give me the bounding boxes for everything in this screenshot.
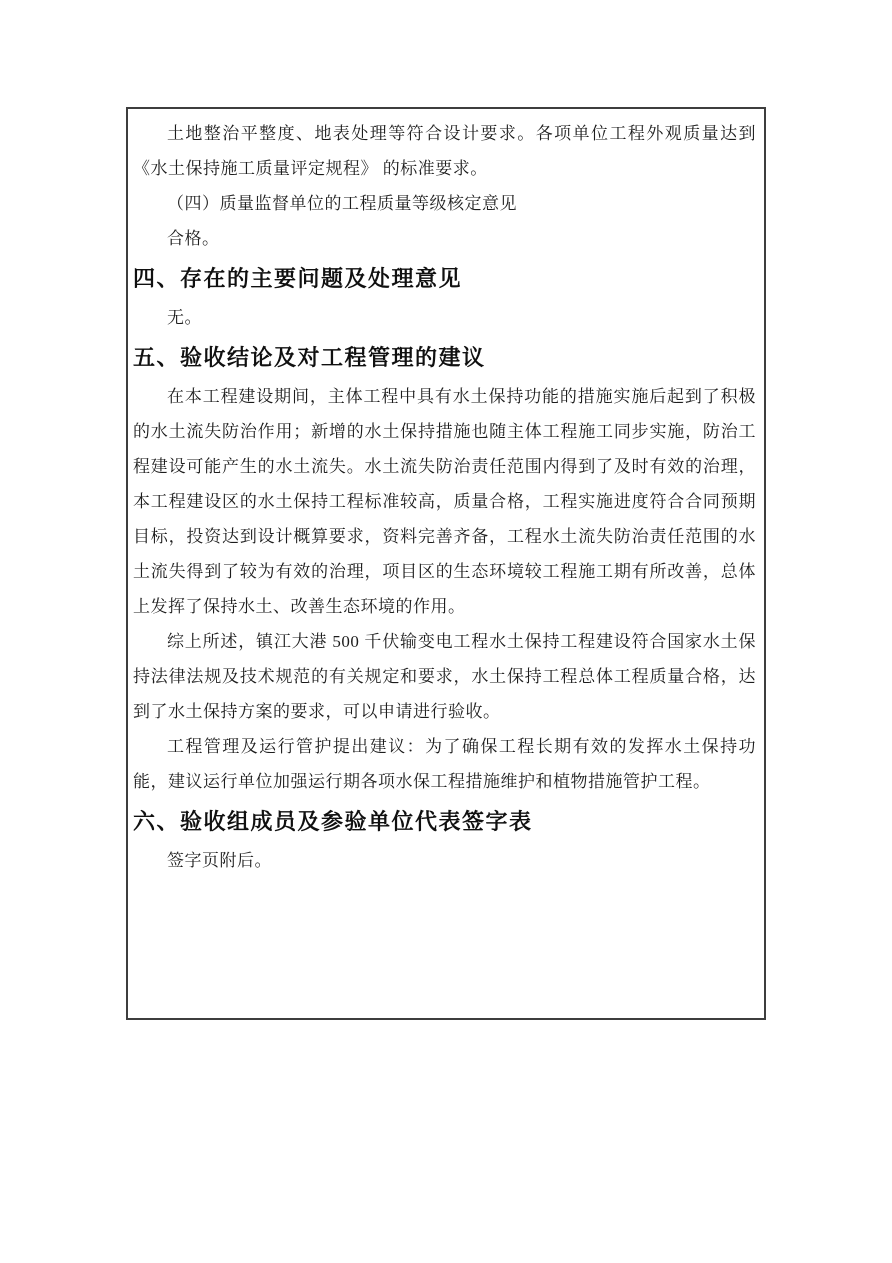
heading-section-5-acceptance-conclusion: 五、验收结论及对工程管理的建议 [133, 342, 756, 374]
para-management-suggestion: 工程管理及运行管护提出建议：为了确保工程长期有效的发挥水土保持功能，建议运行单位… [133, 729, 756, 799]
heading-section-4-problems-and-handling: 四、存在的主要问题及处理意见 [133, 263, 756, 295]
heading-section-6-signature-table: 六、验收组成员及参验单位代表签字表 [133, 806, 756, 838]
para-qualified: 合格。 [133, 221, 756, 256]
para-quality-supervision-opinion: （四）质量监督单位的工程质量等级核定意见 [133, 186, 756, 221]
para-signature-note: 签字页附后。 [133, 843, 756, 878]
document-table-cell-border: 土地整治平整度、地表处理等符合设计要求。各项单位工程外观质量达到《水土保持施工质… [126, 107, 766, 1020]
document-page: { "page": { "background_color": "#ffffff… [0, 0, 892, 1263]
para-conclusion-main: 在本工程建设期间，主体工程中具有水土保持功能的措施实施后起到了积极的水土流失防治… [133, 379, 756, 624]
para-conclusion-summary: 综上所述，镇江大港 500 千伏输变电工程水土保持工程建设符合国家水土保持法律法… [133, 624, 756, 729]
para-none: 无。 [133, 300, 756, 335]
para-land-leveling-quality: 土地整治平整度、地表处理等符合设计要求。各项单位工程外观质量达到《水土保持施工质… [133, 116, 756, 186]
